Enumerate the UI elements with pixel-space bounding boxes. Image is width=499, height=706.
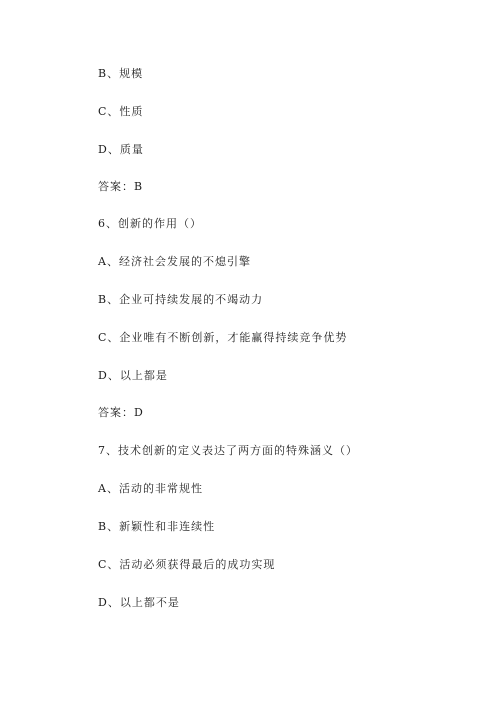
option-line: A、经济社会发展的不熄引擎: [98, 255, 251, 269]
option-line: B、企业可持续发展的不竭动力: [98, 293, 263, 307]
option-line: D、以上都不是: [98, 596, 180, 610]
answer-line: 答案：D: [98, 406, 144, 420]
option-line: C、企业唯有不断创新，才能赢得持续竞争优势: [98, 331, 347, 345]
option-line: B、规模: [98, 67, 143, 81]
question-line: 7、技术创新的定义表达了两方面的特殊涵义（）: [98, 444, 358, 458]
option-line: C、活动必须获得最后的成功实现: [98, 558, 275, 572]
option-line: C、性质: [98, 105, 143, 119]
option-line: A、活动的非常规性: [98, 482, 203, 496]
option-line: D、以上都是: [98, 369, 168, 383]
question-line: 6、创新的作用（）: [98, 217, 202, 231]
option-line: D、质量: [98, 143, 144, 157]
option-line: B、新颖性和非连续性: [98, 520, 215, 534]
document-page: B、规模 C、性质 D、质量 答案：B 6、创新的作用（） A、经济社会发展的不…: [0, 0, 499, 706]
answer-line: 答案：B: [98, 180, 143, 194]
